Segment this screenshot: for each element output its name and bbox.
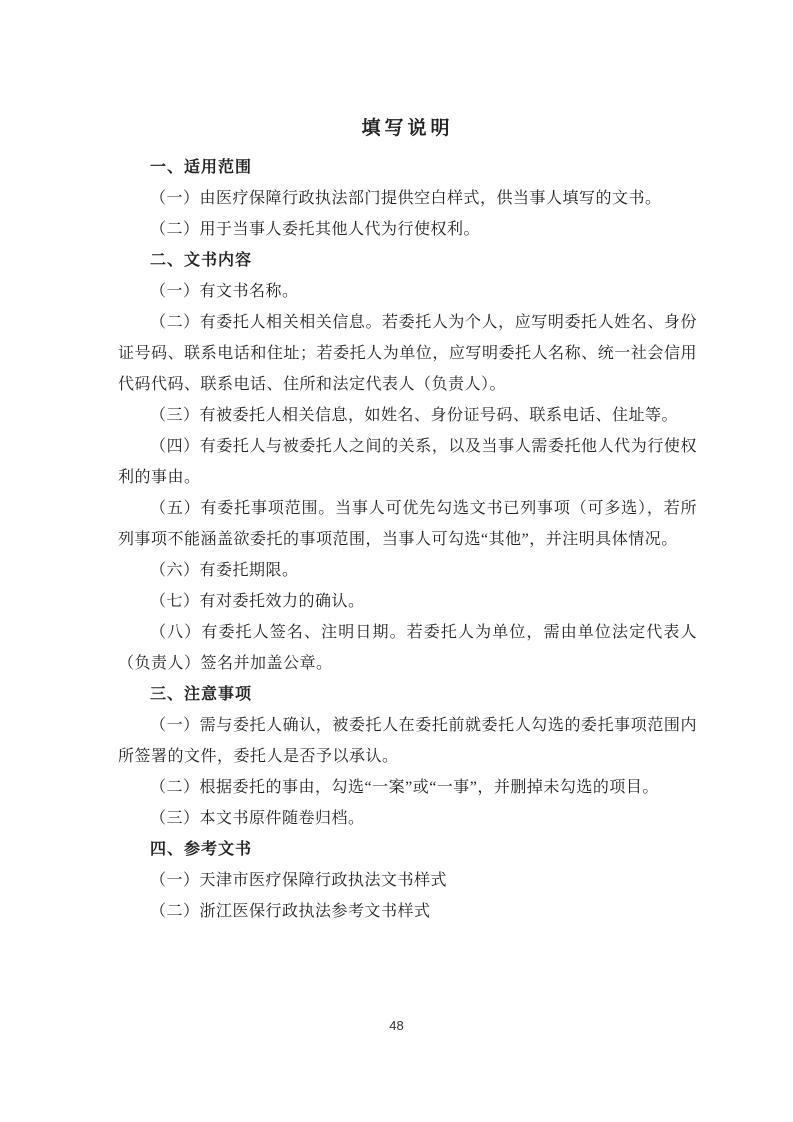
section-heading: 三、注意事项 — [118, 679, 697, 710]
paragraph: （二）根据委托的事由，勾选“一案”或“一事”，并删掉未勾选的项目。 — [118, 772, 697, 803]
document-page: 填写说明 一、适用范围 （一）由医疗保障行政执法部门提供空白样式，供当事人填写的… — [0, 0, 793, 1122]
paragraph: （五）有委托事项范围。当事人可优先勾选文书已列事项（可多选），若所列事项不能涵盖… — [118, 493, 697, 555]
section-notes: 三、注意事项 （一）需与委托人确认，被委托人在委托前就委托人勾选的委托事项范围内… — [118, 679, 697, 834]
section-heading: 四、参考文书 — [118, 834, 697, 865]
section-content: 二、文书内容 （一）有文书名称。 （二）有委托人相关相关信息。若委托人为个人，应… — [118, 245, 697, 679]
paragraph: （一）由医疗保障行政执法部门提供空白样式，供当事人填写的文书。 — [118, 183, 697, 214]
section-references: 四、参考文书 （一）天津市医疗保障行政执法文书样式 （二）浙江医保行政执法参考文… — [118, 834, 697, 927]
section-scope: 一、适用范围 （一）由医疗保障行政执法部门提供空白样式，供当事人填写的文书。 （… — [118, 152, 697, 245]
paragraph: （三）有被委托人相关信息，如姓名、身份证号码、联系电话、住址等。 — [118, 400, 697, 431]
paragraph: （七）有对委托效力的确认。 — [118, 586, 697, 617]
page-number: 48 — [0, 1018, 793, 1033]
paragraph: （四）有委托人与被委托人之间的关系，以及当事人需委托他人代为行使权利的事由。 — [118, 431, 697, 493]
paragraph: （一）需与委托人确认，被委托人在委托前就委托人勾选的委托事项范围内所签署的文件，… — [118, 710, 697, 772]
paragraph: （三）本文书原件随卷归档。 — [118, 803, 697, 834]
paragraph: （八）有委托人签名、注明日期。若委托人为单位，需由单位法定代表人（负责人）签名并… — [118, 617, 697, 679]
paragraph: （二）用于当事人委托其他人代为行使权利。 — [118, 214, 697, 245]
section-heading: 二、文书内容 — [118, 245, 697, 276]
section-heading: 一、适用范围 — [118, 152, 697, 183]
paragraph: （一）天津市医疗保障行政执法文书样式 — [118, 865, 697, 896]
paragraph: （六）有委托期限。 — [118, 555, 697, 586]
document-title: 填写说明 — [118, 113, 697, 144]
paragraph: （二）浙江医保行政执法参考文书样式 — [118, 896, 697, 927]
paragraph: （一）有文书名称。 — [118, 276, 697, 307]
paragraph: （二）有委托人相关相关信息。若委托人为个人，应写明委托人姓名、身份证号码、联系电… — [118, 307, 697, 400]
